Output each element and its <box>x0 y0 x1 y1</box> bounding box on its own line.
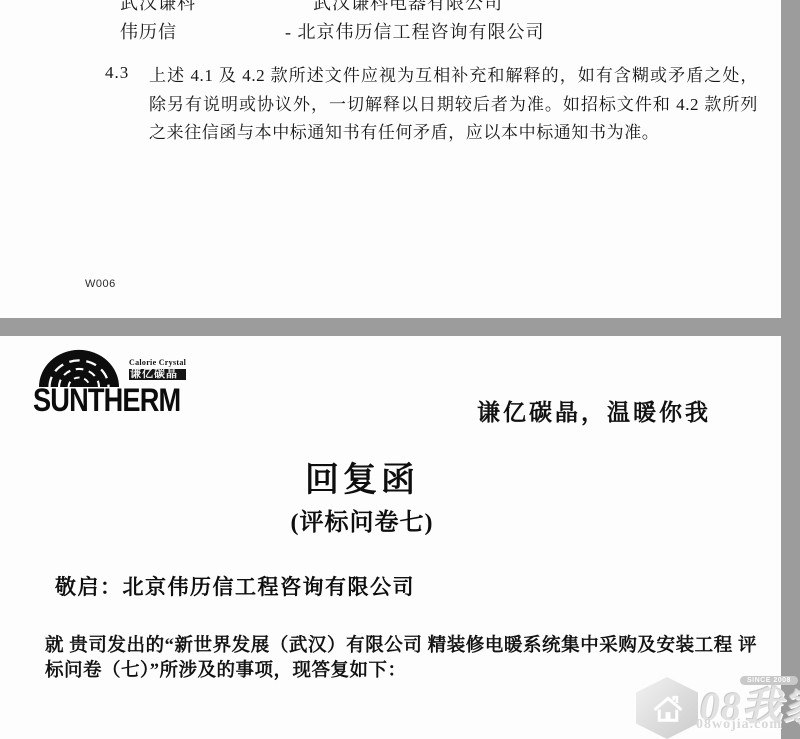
suntherm-logo: Calorie Crystal 谦亿碳晶 SUNTHERM <box>33 348 223 410</box>
page-separator-band <box>0 318 800 336</box>
party-definition-row: 伟历信 - 北京伟历信工程咨询有限公司 <box>0 18 800 42</box>
home-icon <box>636 677 698 739</box>
clipped-party-company: 武汉谦科电器有限公司 <box>313 0 503 15</box>
logo-taglines: Calorie Crystal 谦亿碳晶 <box>129 359 186 380</box>
scan-edge-band <box>781 0 800 739</box>
watermark-badge: SINCE 2008 <box>740 676 798 685</box>
logo-tagline-cn: 谦亿碳晶 <box>129 369 186 380</box>
party-company: - 北京伟历信工程咨询有限公司 <box>285 18 545 44</box>
clause-number: 4.3 <box>105 63 129 83</box>
clipped-party-name: 武汉谦科 <box>120 0 196 15</box>
party-name: 伟历信 <box>120 18 177 44</box>
clipped-top-line: 武汉谦科 武汉谦科电器有限公司 <box>0 0 800 9</box>
scanned-document: 武汉谦科 武汉谦科电器有限公司 伟历信 - 北京伟历信工程咨询有限公司 4.3 … <box>0 0 800 739</box>
clause-text: 上述 4.1 及 4.2 款所述文件应视为互相补充和解释的，如有含糊或矛盾之处，… <box>149 62 758 148</box>
document-subtitle: (评标问卷七) <box>291 510 434 536</box>
company-slogan: 谦亿碳晶，温暖你我 <box>477 394 711 427</box>
document-title: 回复函 <box>305 462 419 499</box>
page-footer-code: W006 <box>85 278 116 290</box>
logo-brand-name: SUNTHERM <box>33 382 180 419</box>
watermark-site-url: 08wojia.com <box>696 717 782 733</box>
logo-tagline-en: Calorie Crystal <box>129 359 186 367</box>
site-watermark: 08我家 08wojia.com SINCE 2008 <box>634 671 800 739</box>
salutation-line: 敬启：北京伟历信工程咨询有限公司 <box>55 571 415 601</box>
